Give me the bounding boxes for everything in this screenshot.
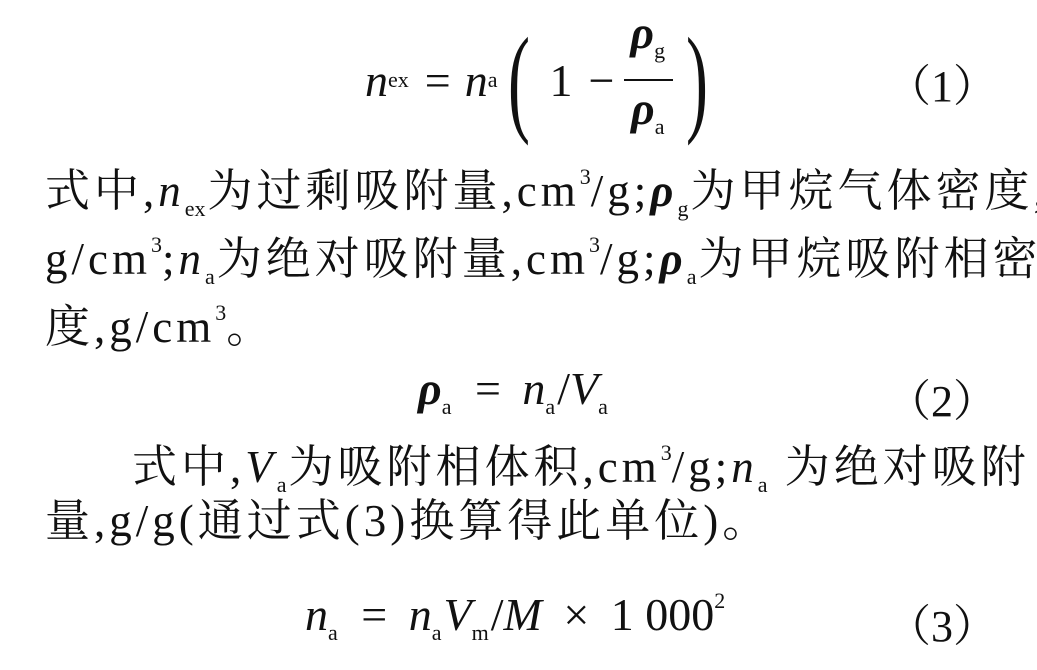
equation-3-number: （3） <box>887 590 997 654</box>
equation-3: na = naVm/M × 1 0002 <box>305 588 725 646</box>
equation-1: nex = na ( 1 − ρg ρa ) <box>365 10 717 150</box>
paragraph-2-line-2: 量,g/g(通过式(3)换算得此单位)。 <box>45 496 771 546</box>
paragraph-1-line-3: 度,g/cm3。 <box>45 288 275 352</box>
equation-1-number: （1） <box>887 50 997 114</box>
density-fraction: ρg ρa <box>624 7 673 153</box>
equation-2: ρa = na/Va <box>418 362 610 420</box>
eq1-lhs: n <box>365 54 388 107</box>
right-paren: ) <box>686 20 708 140</box>
left-paren: ( <box>508 20 530 140</box>
equation-2-number: （2） <box>887 365 997 429</box>
